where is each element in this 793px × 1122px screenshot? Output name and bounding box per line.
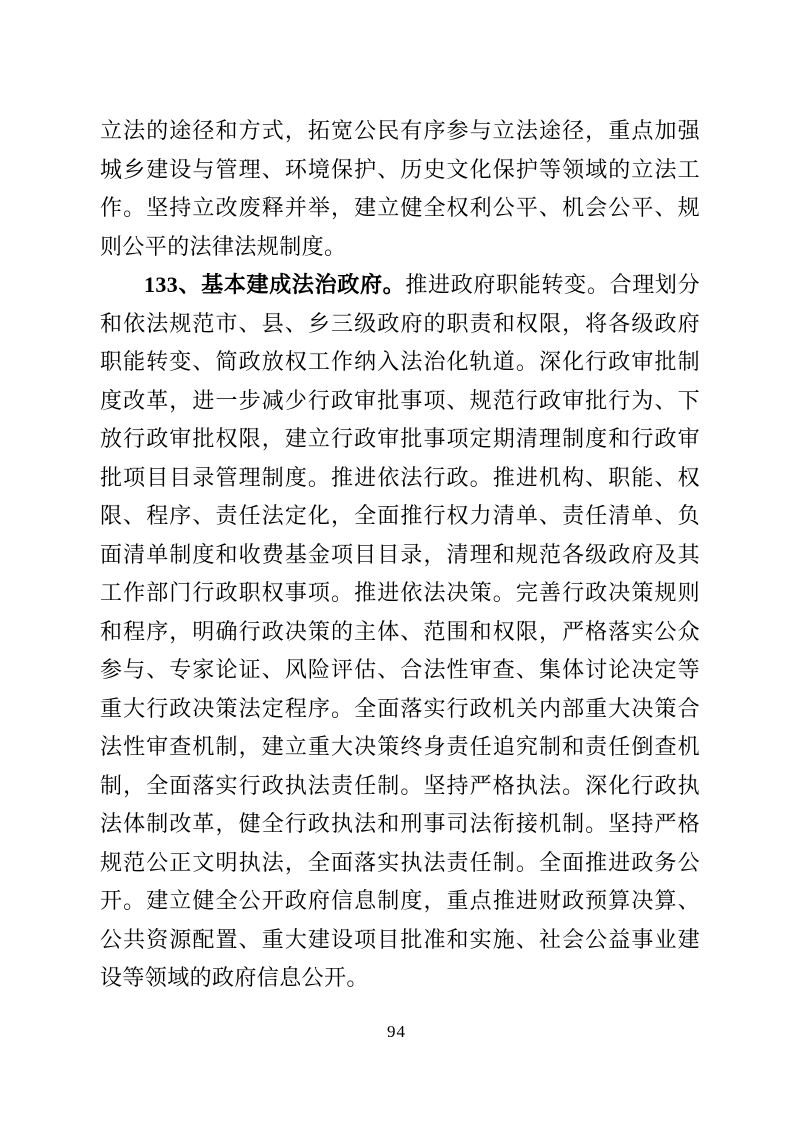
text-block: 立法的途径和方式，拓宽公民有序参与立法途径，重点加强城乡建设与管理、环境保护、历…: [100, 112, 700, 998]
page-number: 94: [0, 1022, 793, 1042]
paragraph-item-133: 133、基本建成法治政府。推进政府职能转变。合理划分和依法规范市、县、乡三级政府…: [100, 266, 700, 998]
paragraph-text: 立法的途径和方式，拓宽公民有序参与立法途径，重点加强城乡建设与管理、环境保护、历…: [100, 118, 700, 259]
paragraph-continuation: 立法的途径和方式，拓宽公民有序参与立法途径，重点加强城乡建设与管理、环境保护、历…: [100, 112, 700, 266]
paragraph-text: 推进政府职能转变。合理划分和依法规范市、县、乡三级政府的职责和权限，将各级政府职…: [100, 272, 700, 990]
paragraph-bold-lead: 133、基本建成法治政府。: [144, 272, 405, 297]
document-page: 立法的途径和方式，拓宽公民有序参与立法途径，重点加强城乡建设与管理、环境保护、历…: [0, 0, 793, 1122]
